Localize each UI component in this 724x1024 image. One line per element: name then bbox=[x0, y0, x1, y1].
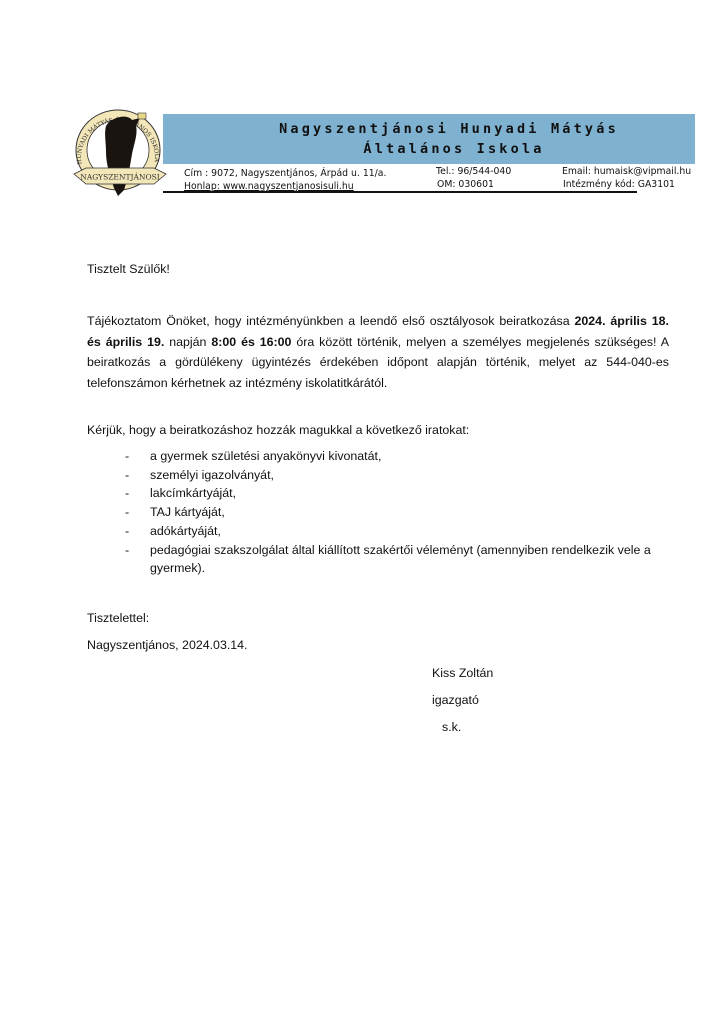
paragraph-text: Tájékoztatom Önöket, hogy intézményünkbe… bbox=[87, 314, 575, 328]
closing: Tisztelettel: bbox=[87, 608, 149, 628]
dash-bullet: - bbox=[125, 503, 129, 522]
document-label: adókártyáját, bbox=[150, 524, 221, 538]
enrollment-hours: 8:00 és 16:00 bbox=[211, 335, 291, 349]
school-logo: HUNYADI MÁTYÁS ÁLTALÁNOS ISKOLA NAGYSZEN… bbox=[66, 104, 176, 200]
dash-bullet: - bbox=[125, 466, 129, 485]
document-label: pedagógiai szakszolgálat által kiállítot… bbox=[150, 543, 651, 576]
documents-request: Kérjük, hogy a beiratkozáshoz hozzák mag… bbox=[87, 420, 469, 440]
paragraph-text: napján bbox=[164, 335, 211, 349]
dash-bullet: - bbox=[125, 541, 129, 560]
document-label: a gyermek születési anyakönyvi kivonatát… bbox=[150, 449, 381, 463]
om-id: OM: 030601 bbox=[437, 179, 494, 190]
list-item: -a gyermek születési anyakönyvi kivonatá… bbox=[125, 447, 670, 466]
phone: Tel.: 96/544-040 bbox=[436, 166, 511, 177]
dash-bullet: - bbox=[125, 484, 129, 503]
list-item: -lakcímkártyáját, bbox=[125, 484, 670, 503]
school-name-line2: Általános Iskola bbox=[213, 141, 695, 157]
list-item: -TAJ kártyáját, bbox=[125, 503, 670, 522]
raven-crest-icon: HUNYADI MÁTYÁS ÁLTALÁNOS ISKOLA NAGYSZEN… bbox=[66, 104, 176, 200]
list-item: -adókártyáját, bbox=[125, 522, 670, 541]
place-date: Nagyszentjános, 2024.03.14. bbox=[87, 635, 248, 655]
school-name-line1: Nagyszentjánosi Hunyadi Mátyás bbox=[203, 121, 695, 137]
document-label: személyi igazolványát, bbox=[150, 468, 274, 482]
list-item: -személyi igazolványát, bbox=[125, 466, 670, 485]
institution-code: Intézmény kód: GA3101 bbox=[563, 179, 675, 190]
salutation: Tisztelt Szülők! bbox=[87, 259, 170, 279]
header-divider bbox=[163, 191, 637, 193]
svg-text:NAGYSZENTJÁNOSI: NAGYSZENTJÁNOSI bbox=[80, 173, 159, 182]
signer-title: igazgató bbox=[432, 690, 479, 710]
email[interactable]: Email: humaisk@vipmail.hu bbox=[562, 166, 691, 177]
signature-note: s.k. bbox=[442, 717, 461, 737]
list-item: -pedagógiai szakszolgálat által kiállíto… bbox=[125, 541, 670, 578]
header-title-band: Nagyszentjánosi Hunyadi Mátyás Általános… bbox=[163, 114, 695, 164]
required-documents-list: -a gyermek születési anyakönyvi kivonatá… bbox=[125, 447, 670, 578]
address: Cím : 9072, Nagyszentjános, Árpád u. 11/… bbox=[184, 168, 386, 179]
dash-bullet: - bbox=[125, 447, 129, 466]
main-paragraph: Tájékoztatom Önöket, hogy intézményünkbe… bbox=[87, 311, 669, 393]
document-label: lakcímkártyáját, bbox=[150, 486, 236, 500]
document-label: TAJ kártyáját, bbox=[150, 505, 225, 519]
dash-bullet: - bbox=[125, 522, 129, 541]
signer-name: Kiss Zoltán bbox=[432, 663, 493, 683]
